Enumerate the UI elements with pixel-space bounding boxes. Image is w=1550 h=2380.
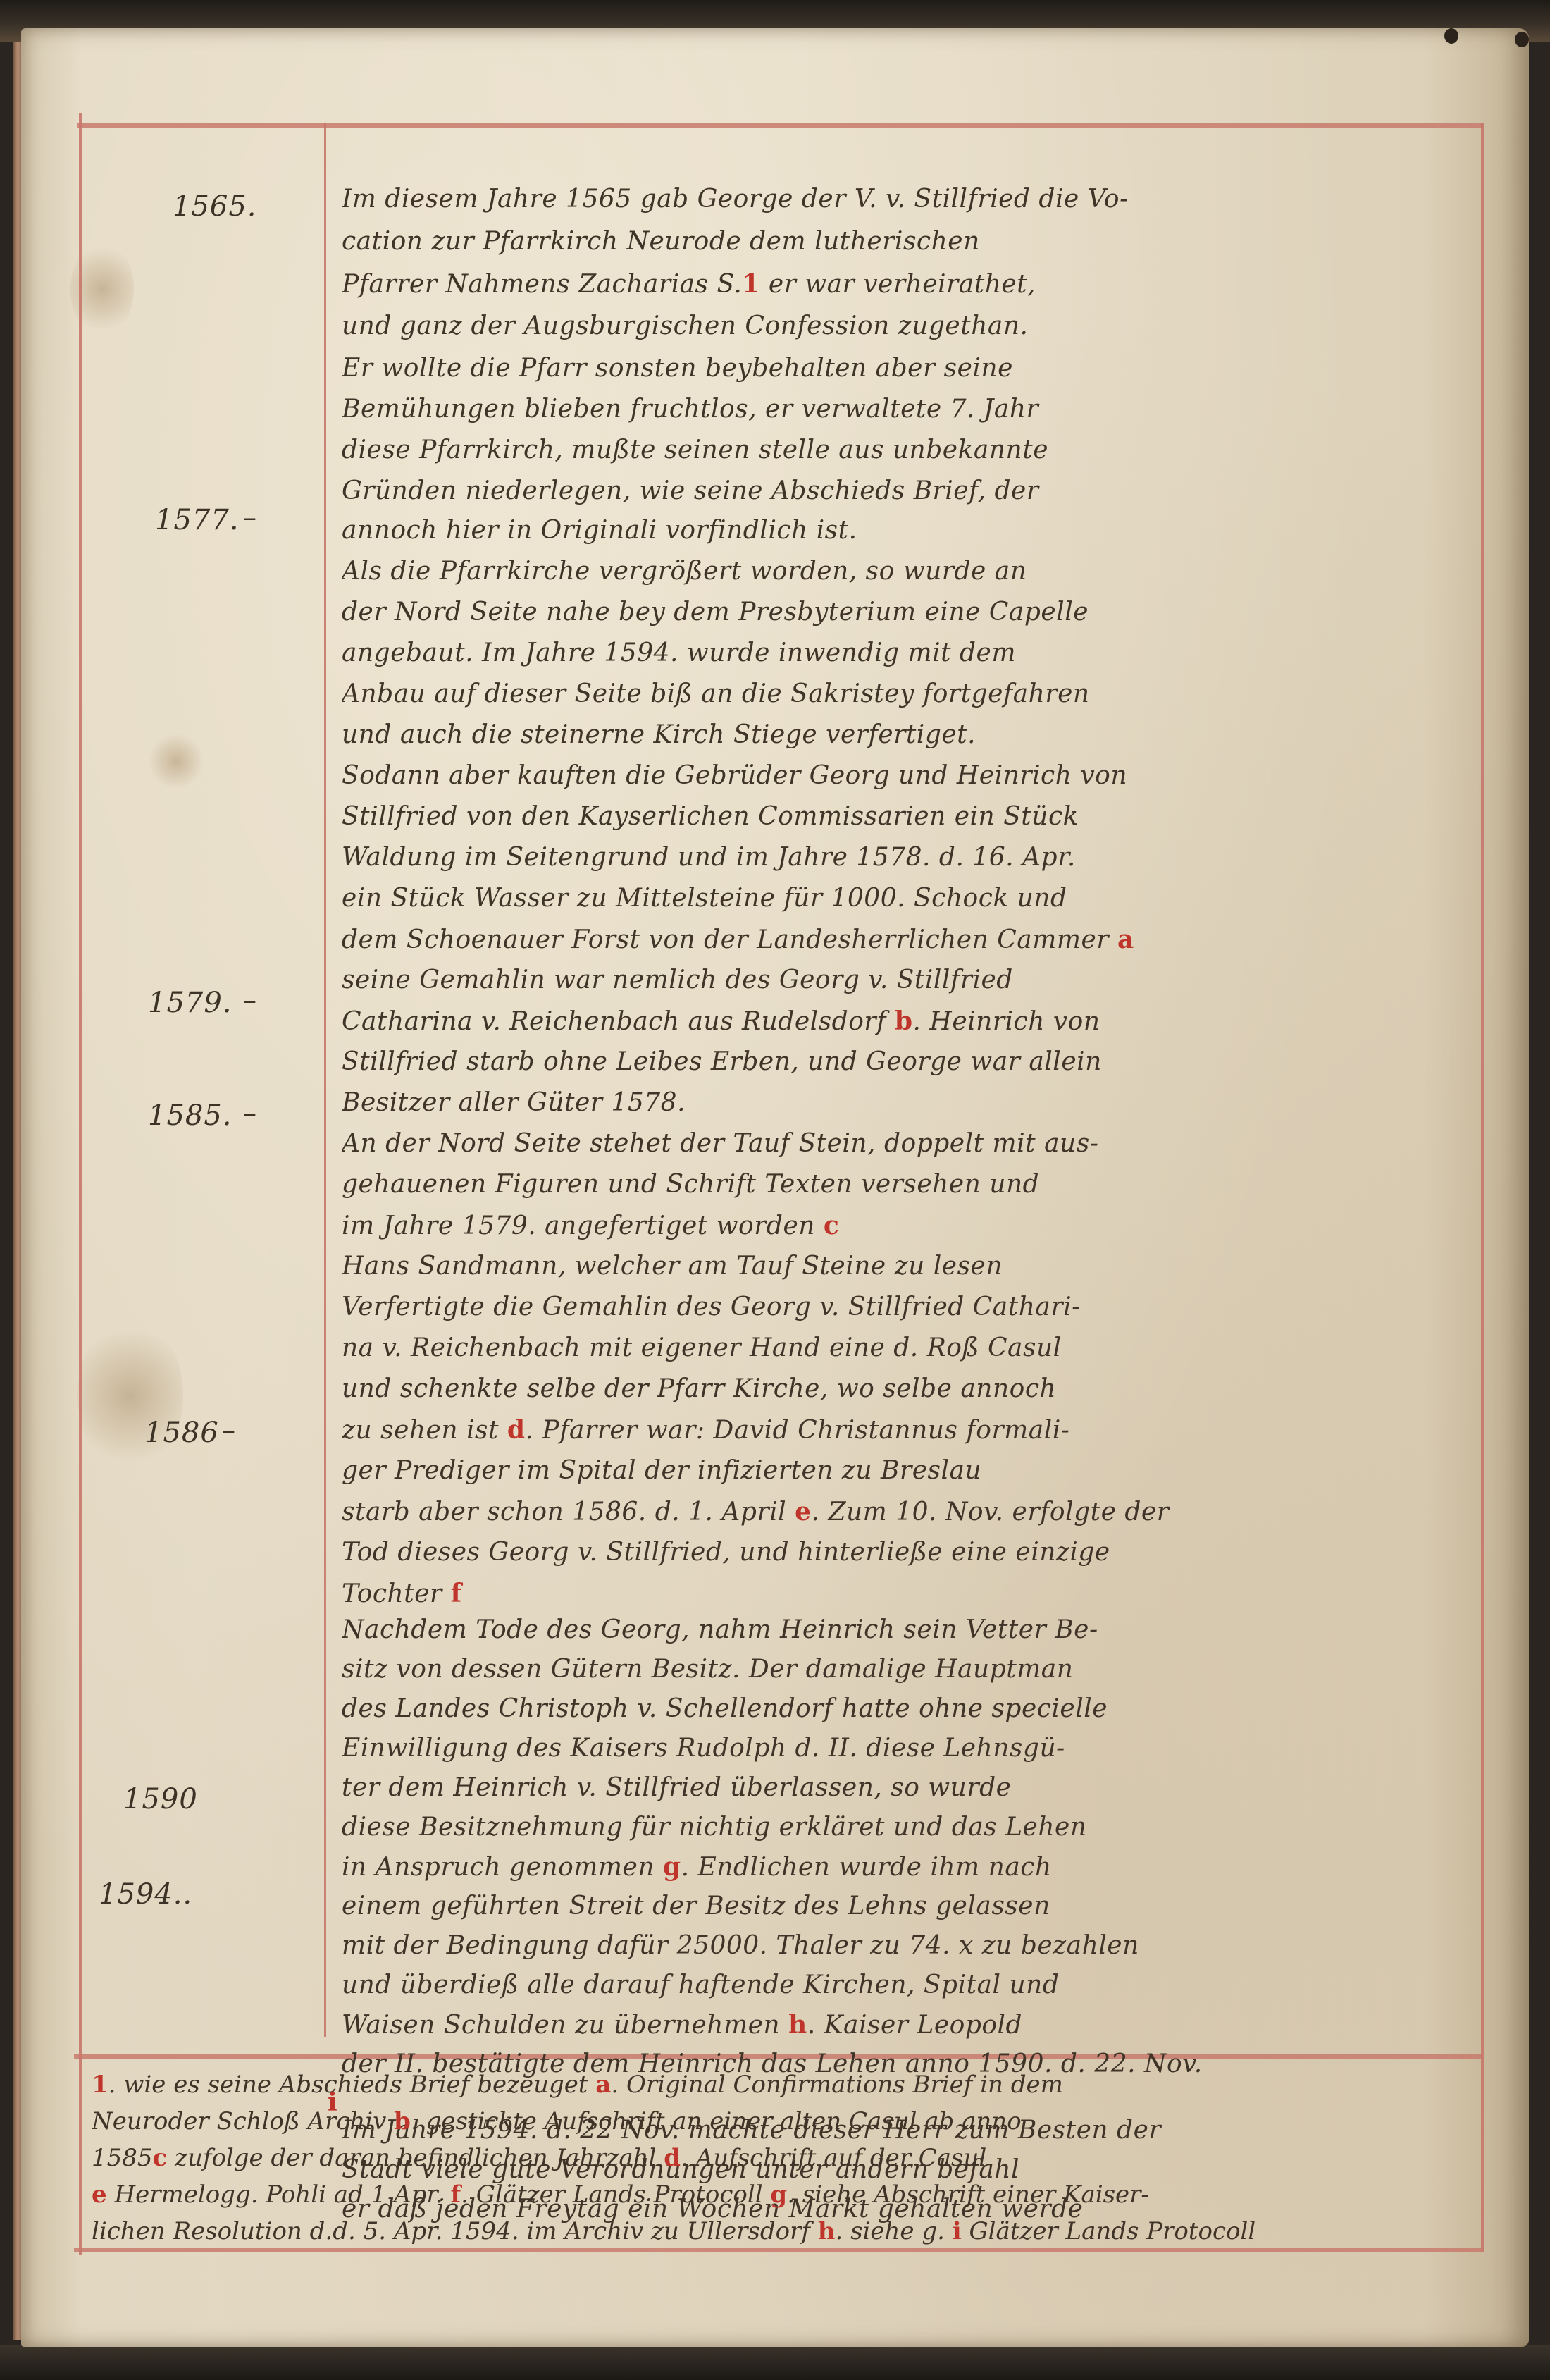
text-line: Pfarrer Nahmens Zacharias S.1 er war ver… [342,269,1469,299]
footnote-text: Aufschrift auf der Casul [696,2144,987,2172]
text-line: diese Besitznehmung für nichtig erkläret… [342,1813,1469,1842]
year-label: 1579. [148,987,232,1019]
footnote-mark: h [818,2217,836,2245]
year-column-divider [324,123,326,2037]
footnote-line: lichen Resolution d.d. 5. Apr. 1594. im … [92,2217,1472,2245]
footnote-text: Hermelogg. Pohli ad 1 Apr. [114,2181,442,2209]
footnote-line: Neuroder Schloß Archiv b. gestickte Aufs… [92,2107,1472,2135]
text-line: im Jahre 1579. angefertiget worden c [342,1211,1469,1240]
text-line: Verfertigte die Gemahlin des Georg v. St… [342,1293,1469,1321]
text-line: Als die Pfarrkirche vergrößert worden, s… [342,557,1469,586]
footnote-mark: c [153,2144,168,2172]
footnote-mark: 1 [92,2071,108,2099]
footnote-mark: a [595,2071,611,2099]
text-line: starb aber schon 1586. d. 1. April e. Zu… [342,1497,1469,1527]
rubric-mark: a [1117,925,1134,954]
text-span: in Anspruch genommen [342,1853,655,1882]
text-span: Catharina v. Reichenbach aus Rudelsdorf [342,1007,886,1036]
text-span: starb aber schon 1586. d. 1. April [342,1498,786,1527]
footnote-text: Glätzer Lands Protocoll [969,2217,1255,2245]
text-line: Anbau auf dieser Seite biß an die Sakris… [342,679,1469,708]
text-span: Pfarrer Nahmens Zacharias S. [342,270,742,299]
rubric-mark: 1 [742,269,760,299]
text-span: Kaiser Leopold [824,2011,1022,2040]
text-line: ein Stück Wasser zu Mittelsteine für 100… [342,884,1469,913]
text-line: dem Schoenauer Forst von der Landesherrl… [342,925,1469,954]
text-line: der Nord Seite nahe bey dem Presbyterium… [342,598,1469,627]
binding-hole [1515,32,1529,47]
text-line: Nachdem Tode des Georg, nahm Heinrich se… [342,1615,1469,1644]
year-label: 1565. [173,190,257,223]
text-span: Tochter [342,1579,442,1608]
text-line: diese Pfarrkirch, mußte seinen stelle au… [342,436,1469,464]
text-span: Waisen Schulden zu übernehmen [342,2011,780,2040]
text-line: angebaut. Im Jahre 1594. wurde inwendig … [342,639,1469,667]
text-span: Heinrich von [929,1007,1100,1036]
text-span: er war verheirathet, [769,270,1036,299]
footnote-text: Original Confirmations Brief in dem [626,2071,1063,2099]
text-line: Stillfried starb ohne Leibes Erben, und … [342,1047,1469,1076]
footnote-text: siehe g. [850,2217,945,2245]
footnote-text: gestickte Aufschrift an einer alten Casu… [426,2107,1022,2135]
text-line: ter dem Heinrich v. Stillfried überlasse… [342,1773,1469,1802]
rubric-mark: g [663,1852,681,1882]
paper-stain [148,733,204,789]
text-line: An der Nord Seite stehet der Tauf Stein,… [342,1129,1469,1158]
rubric-mark: d [507,1415,526,1445]
rubric-mark: e [795,1497,811,1527]
rubric-mark: f [451,1579,462,1608]
footnote-line: 1. wie es seine Abschieds Brief bezeuget… [92,2071,1472,2099]
footnote-mark: g [770,2181,787,2209]
footnote-text: lichen Resolution d.d. 5. Apr. 1594. im … [92,2217,810,2245]
text-line: na v. Reichenbach mit eigener Hand eine … [342,1333,1469,1362]
text-line: Einwilligung des Kaisers Rudolph d. II. … [342,1734,1469,1763]
footnote-text: 1585 [92,2144,153,2172]
paper-stain [77,1318,183,1473]
footnote-bottom-rule [74,2248,1483,2252]
text-line: und auch die steinerne Kirch Stiege verf… [342,720,1469,749]
text-line: Stillfried von den Kayserlichen Commissa… [342,802,1469,831]
text-line: und ganz der Augsburgischen Confession z… [342,312,1469,340]
rubric-mark: b [895,1006,913,1036]
text-line: Gründen niederlegen, wie seine Abschieds… [342,476,1469,505]
footnote-mark: i [953,2217,962,2245]
text-line: mit der Bedingung dafür 25000. Thaler zu… [342,1931,1469,1960]
text-line: Waisen Schulden zu übernehmen h. Kaiser … [342,2010,1469,2040]
text-line: ger Prediger im Spital der infizierten z… [342,1456,1469,1485]
text-line: zu sehen ist d. Pfarrer war: David Chris… [342,1415,1469,1445]
text-span: Pfarrer war: David Christannus formali- [542,1416,1069,1445]
footnote-text: Glätzer Lands Protocoll [476,2181,763,2209]
text-span: im Jahre 1579. angefertiget worden [342,1211,815,1240]
text-line: Er wollte die Pfarr sonsten beybehalten … [342,354,1469,383]
footnote-mark: f [451,2181,461,2209]
text-line: Hans Sandmann, welcher am Tauf Steine zu… [342,1252,1469,1281]
footnote-text: wie es seine Abschieds Brief bezeuget [123,2071,588,2099]
year-label: 1585. [148,1099,232,1132]
text-line: gehauenen Figuren und Schrift Texten ver… [342,1170,1469,1199]
left-margin-rule [79,113,82,2255]
text-line: Bemühungen blieben fruchtlos, er verwalt… [342,395,1469,424]
year-dash: – [243,985,256,1016]
binding-hole [1444,28,1458,44]
text-span: dem Schoenauer Forst von der Landesherrl… [342,925,1109,954]
year-dash: – [222,1414,235,1445]
rubric-mark: h [788,2010,807,2040]
book-cover-bottom-edge [0,2345,1550,2380]
year-label: 1577. [155,504,240,536]
text-line: Besitzer aller Güter 1578. [342,1088,1469,1117]
text-line: Waldung im Seitengrund und im Jahre 1578… [342,843,1469,872]
footnote-text: Neuroder Schloß Archiv [92,2107,386,2135]
text-span: Endlichen wurde ihm nach [698,1853,1052,1882]
rubric-mark: c [824,1211,839,1240]
text-line: annoch hier in Originali vorfindlich ist… [342,516,1469,545]
year-dash: – [243,502,256,533]
year-label: 1586 [144,1417,219,1449]
year-label: 1594.. [99,1878,192,1911]
text-line: des Landes Christoph v. Schellendorf hat… [342,1694,1469,1723]
text-span: Zum 10. Nov. erfolgte der [828,1498,1169,1527]
text-line: Tod dieses Georg v. Stillfried, und hint… [342,1538,1469,1567]
year-dash: – [243,1097,256,1128]
text-line: Catharina v. Reichenbach aus Rudelsdorf … [342,1006,1469,1036]
text-line: Tochter f [342,1579,1469,1608]
footnote-line: 1585c zufolge der daran befindlichen Jah… [92,2144,1472,2172]
text-line: cation zur Pfarrkirch Neurode dem luther… [342,227,1469,256]
footnote-line: e Hermelogg. Pohli ad 1 Apr. f. Glätzer … [92,2181,1472,2209]
text-span: zu sehen ist [342,1416,499,1445]
text-line: Im diesem Jahre 1565 gab George der V. v… [342,185,1469,214]
text-line: und überdieß alle darauf haftende Kirche… [342,1971,1469,1999]
text-line: sitz von dessen Gütern Besitz. Der damal… [342,1655,1469,1684]
text-line: in Anspruch genommen g. Endlichen wurde … [342,1852,1469,1882]
footnote-mark: d [664,2144,681,2172]
year-label: 1590 [123,1783,198,1815]
right-margin-rule [1481,123,1484,2252]
footnote-text: siehe Abschrift einer Kaiser- [802,2181,1149,2209]
footnote-text: zufolge der daran befindlichen Jahrzahl [175,2144,656,2172]
footnote-mark: b [394,2107,411,2135]
top-rule [77,123,1483,128]
text-line: einem geführten Streit der Besitz des Le… [342,1892,1469,1920]
text-line: Sodann aber kauften die Gebrüder Georg u… [342,761,1469,790]
text-line: seine Gemahlin war nemlich des Georg v. … [342,966,1469,994]
footnote-mark: e [92,2181,107,2209]
text-line: und schenkte selbe der Pfarr Kirche, wo … [342,1374,1469,1403]
